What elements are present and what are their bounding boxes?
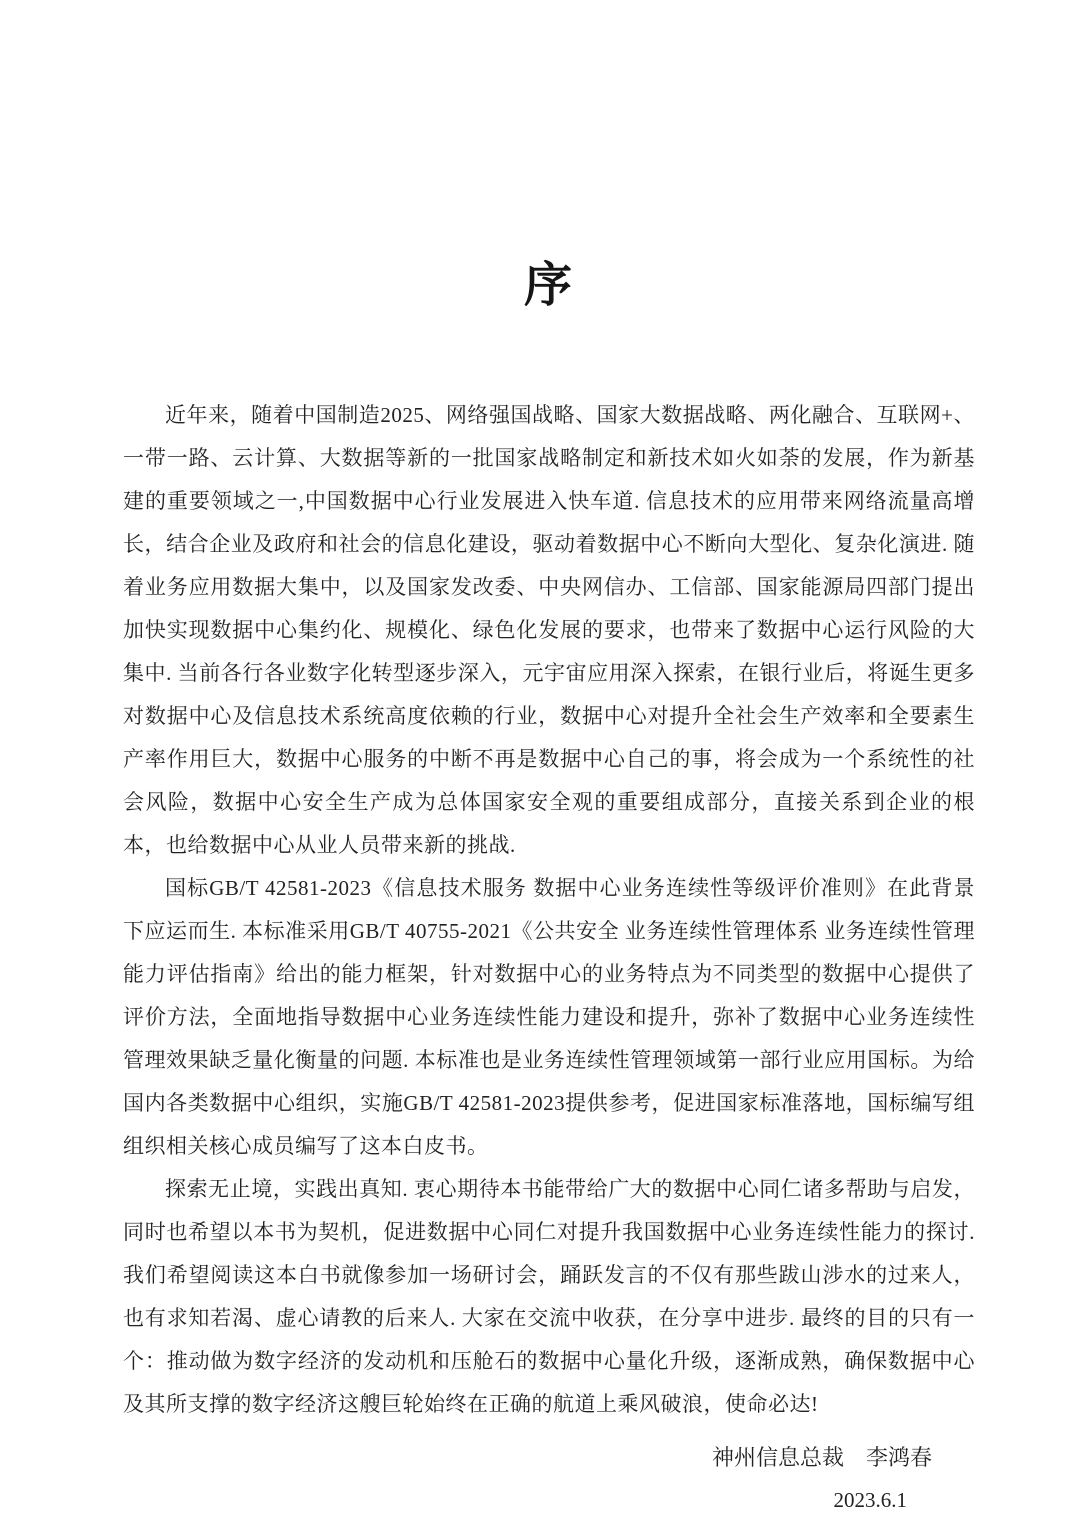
signature: 神州信息总裁 李鸿春 [123,1438,975,1478]
document-body: 近年来，随着中国制造2025、网络强国战略、国家大数据战略、两化融合、互联网+、… [123,394,975,1520]
date: 2023.6.1 [123,1480,975,1520]
page-title: 序 [123,0,975,314]
document-content: 序 近年来，随着中国制造2025、网络强国战略、国家大数据战略、两化融合、互联网… [0,0,1080,1520]
document-page: 序 近年来，随着中国制造2025、网络强国战略、国家大数据战略、两化融合、互联网… [0,0,1080,1527]
paragraph-intro: 近年来，随着中国制造2025、网络强国战略、国家大数据战略、两化融合、互联网+、… [123,394,975,867]
paragraph-standard: 国标GB/T 42581-2023《信息技术服务 数据中心业务连续性等级评价准则… [123,867,975,1168]
paragraph-outlook: 探索无止境，实践出真知. 衷心期待本书能带给广大的数据中心同仁诸多帮助与启发，同… [123,1168,975,1426]
